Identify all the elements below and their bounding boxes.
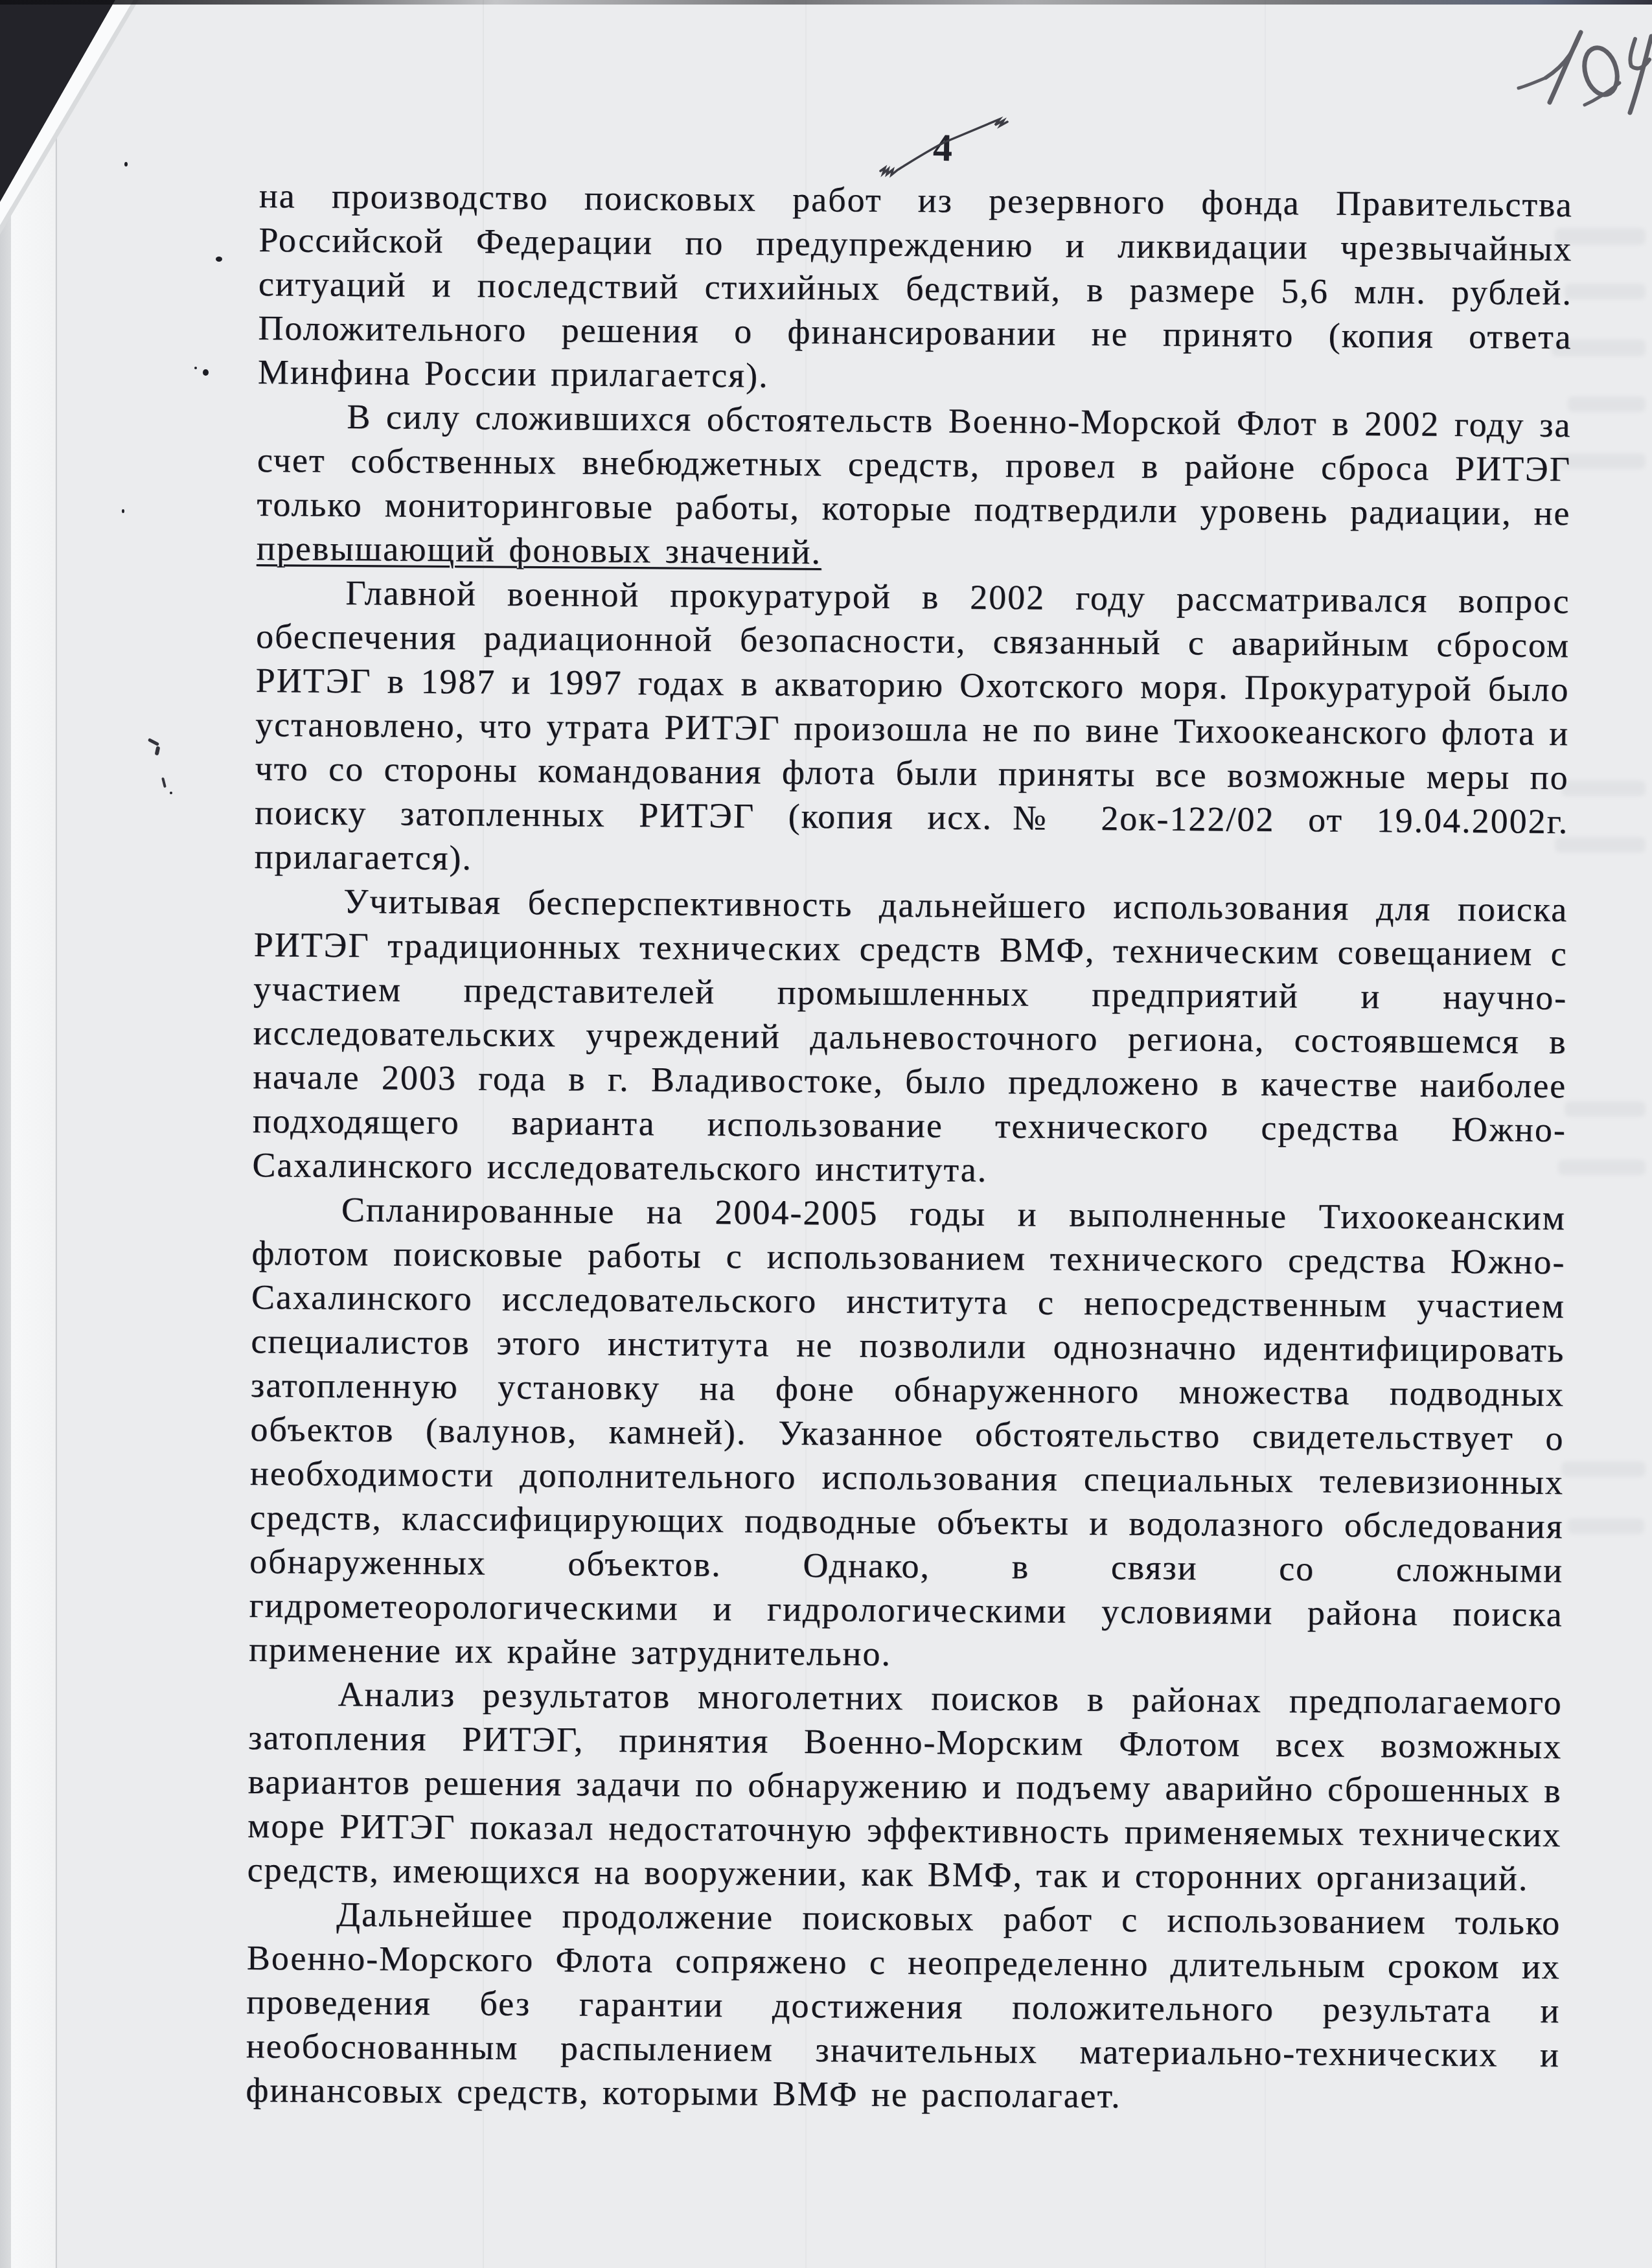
bleed-through-smudge xyxy=(1558,453,1646,469)
margin-pencil-tick xyxy=(161,777,166,788)
scan-speck xyxy=(122,509,124,513)
page-corner-fold xyxy=(0,0,168,259)
text-run: Спланированные на 2004-2005 годы и выпол… xyxy=(249,1190,1566,1673)
paragraph: Анализ результатов многолетних поисков в… xyxy=(247,1671,1562,1901)
paragraph: Спланированные на 2004-2005 годы и выпол… xyxy=(249,1187,1566,1680)
bleed-through-smudge xyxy=(1558,1160,1646,1175)
scan-top-edge xyxy=(0,0,1652,5)
text-run: В силу сложившихся обстоятельств Военно-… xyxy=(257,397,1571,533)
scan-speck xyxy=(194,367,197,369)
scan-left-band xyxy=(0,0,11,2268)
bleed-through-smudge xyxy=(1565,284,1646,299)
bleed-through-smudge xyxy=(1561,781,1646,796)
text-run: Учитывая бесперспективность дальнейшего … xyxy=(252,882,1568,1189)
bleed-through-smudge xyxy=(1561,1461,1646,1477)
bleed-through-smudge xyxy=(1555,837,1646,853)
paragraph: В силу сложившихся обстоятельств Военно-… xyxy=(257,394,1572,579)
paragraph: Учитывая бесперспективность дальнейшего … xyxy=(252,878,1568,1196)
text-run: Главной военной прокуратурой в 2002 году… xyxy=(254,573,1570,877)
page-left-edge-highlight xyxy=(11,0,55,2268)
paragraph: на производство поисковых работ из резер… xyxy=(258,174,1573,403)
handwritten-folio-number: 104 xyxy=(1508,14,1652,134)
scan-speck xyxy=(216,257,222,262)
text-run: Дальнейшее продолжение поисковых работ с… xyxy=(246,1895,1561,2115)
text-run: на производство поисковых работ из резер… xyxy=(258,176,1573,395)
bleed-through-smudge xyxy=(1568,396,1646,412)
underlined-text-run: превышающий фоновых значений. xyxy=(257,529,821,571)
typed-page-number-block: 4 xyxy=(902,120,1044,192)
pen-stroke-over-page-number xyxy=(873,109,1028,187)
scan-speck xyxy=(203,369,209,376)
paragraph: Главной военной прокуратурой в 2002 году… xyxy=(254,570,1570,888)
text-run: Анализ результатов многолетних поисков в… xyxy=(247,1675,1563,1898)
margin-pencil-tick xyxy=(155,746,161,756)
page-left-edge-line xyxy=(56,0,57,2268)
scan-speck xyxy=(170,792,172,794)
scanned-document-page: { "page": { "handwritten_folio_number": … xyxy=(0,0,1652,2268)
paragraph: Дальнейшее продолжение поисковых работ с… xyxy=(246,1892,1561,2121)
margin-pencil-tick xyxy=(148,738,159,746)
bleed-through-smudge xyxy=(1568,1518,1644,1534)
bleed-through-smudge xyxy=(1565,1101,1646,1117)
document-body: на производство поисковых работ из резер… xyxy=(246,174,1573,2121)
